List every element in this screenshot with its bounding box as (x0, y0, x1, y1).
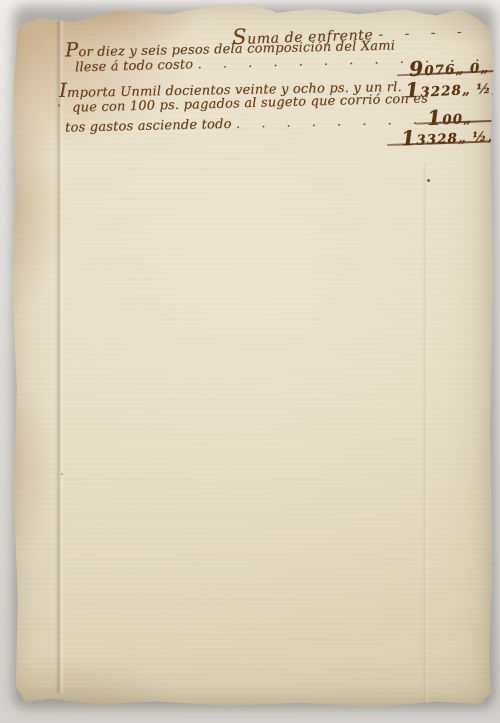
ink-speck (427, 179, 430, 182)
entry2-amount-total: 13328„ ½„ (400, 122, 496, 151)
entry2-line-c-text: tos gastos asciende todo (65, 117, 232, 136)
ink-speck (58, 104, 60, 107)
manuscript-page: Suma de enfrente - - - - Por diez y seis… (11, 3, 494, 707)
entry1-line-b-text: llese á todo costo (75, 57, 194, 75)
vertical-fold-crease-right (423, 163, 429, 703)
vertical-fold-crease-left (55, 21, 64, 693)
ink-speck (61, 473, 63, 475)
